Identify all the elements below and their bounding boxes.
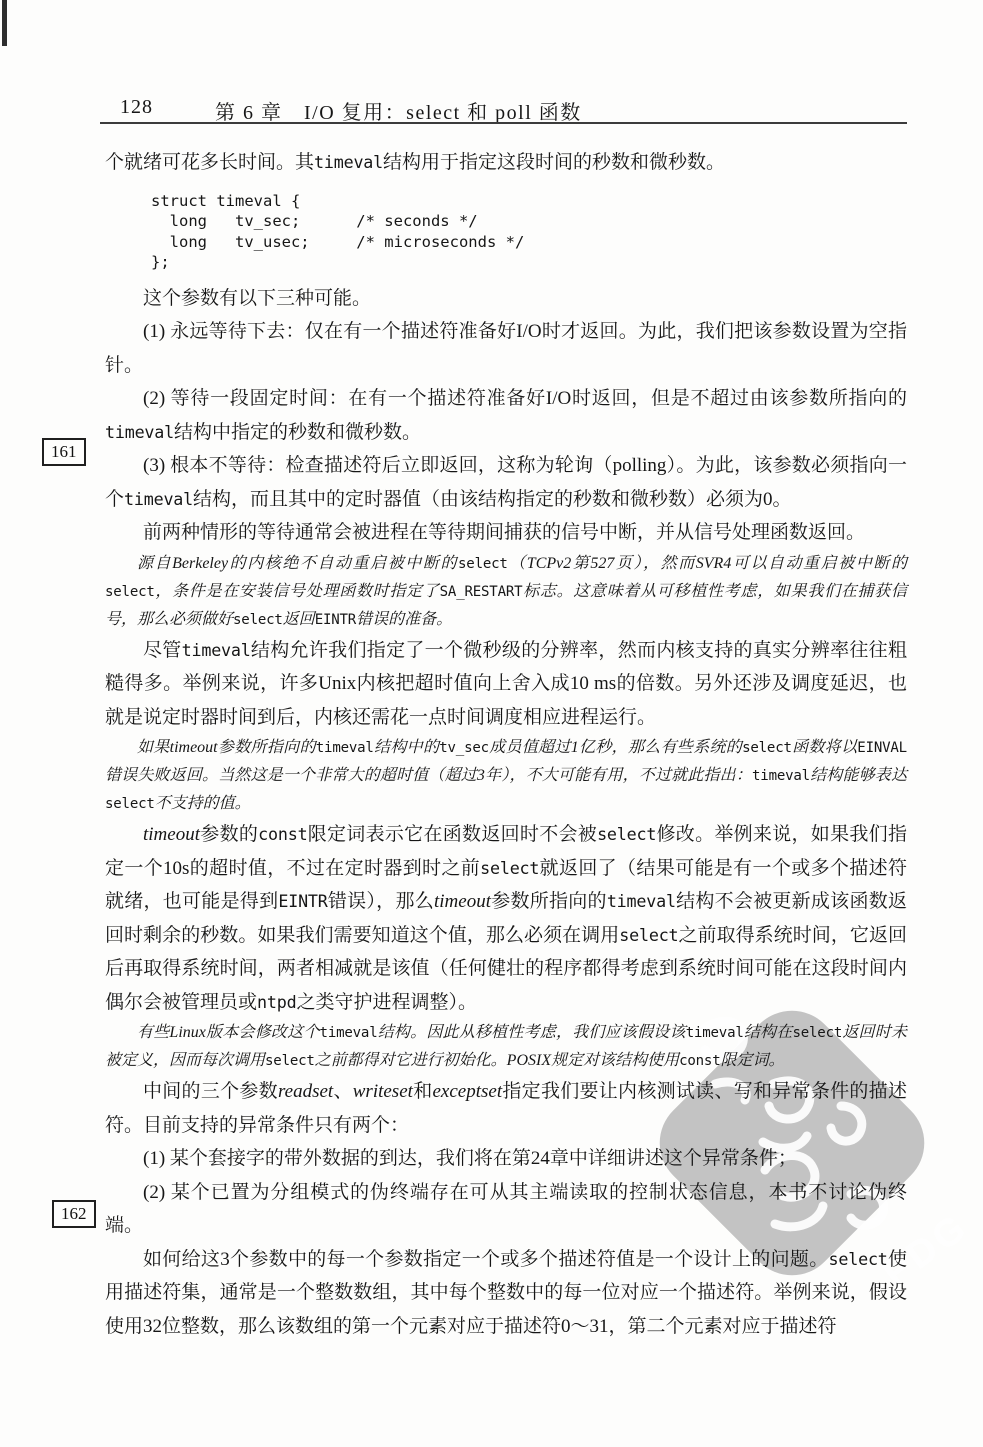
body-paragraph-exception-2: (2) 某个已置为分组模式的伪终端存在可从其主端读取的控制状态信息，本书不讨论伪…: [105, 1176, 907, 1243]
inline-code-term: timeval: [105, 422, 174, 442]
inline-code-term: timeval: [314, 152, 383, 172]
text-run: 如果: [137, 739, 170, 756]
text-run: 参数所指向的: [218, 739, 316, 756]
body-paragraph-exception-1: (1) 某个套接字的带外数据的到达，我们将在第24章中详细讲述这个异常条件；: [105, 1142, 907, 1176]
text-run: ，条件是在安装信号处理函数时指定了: [155, 583, 440, 600]
code-line: long tv_sec; /* seconds */: [151, 211, 907, 232]
inline-code-term: tv_sec: [439, 740, 489, 756]
body-paragraph-middle-args: 中间的三个参数readset、writeset和exceptset指定我们要让内…: [105, 1075, 907, 1142]
margin-page-marker-161: 161: [42, 438, 86, 466]
inline-code-term: EINTR: [315, 612, 356, 628]
inline-code-term: timeval: [316, 740, 374, 756]
body-paragraph-resolution: 尽管timeval结构允许我们指定了一个微秒级的分辨率，然而内核支持的真实分辨率…: [105, 634, 907, 735]
chapter-header-title: 第 6 章 I/O 复用：select 和 poll 函数: [215, 96, 582, 125]
page-number: 128: [120, 96, 153, 119]
inline-code-term: EINTR: [278, 891, 327, 911]
text-run: 结构用于指定这段时间的秒数和微秒数。: [383, 152, 725, 173]
text-run: 参数的: [200, 824, 258, 845]
body-paragraph-descriptor-sets: 如何给这3个参数中的每一个参数指定一个或多个描述符值是一个设计上的问题。sele…: [105, 1243, 907, 1344]
text-run: 前两种情形的等待通常会被进程在等待期间捕获的信号中断，并从信号处理函数返回。: [143, 522, 865, 543]
body-paragraph-three-possibilities: 这个参数有以下三种可能。: [105, 282, 907, 316]
text-run: 结构在: [744, 1024, 793, 1041]
text-run: 、: [333, 1081, 353, 1102]
text-run: (1) 某个套接字的带外数据的到达，我们将在第24章中详细讲述这个异常条件；: [143, 1148, 797, 1169]
body-paragraph-timeval-intro: 个就绪可花多长时间。其timeval结构用于指定这段时间的秒数和微秒数。: [105, 146, 907, 180]
inline-code-term: timeval: [752, 768, 810, 784]
inline-code-term: select: [742, 740, 792, 756]
text-run: 限定词表示它在函数返回时不会被: [307, 824, 597, 845]
text-run: 尽管: [143, 640, 182, 661]
text-run: 结构中指定的秒数和微秒数。: [174, 422, 421, 443]
text-run: 结构中的: [374, 739, 440, 756]
text-run: 限定词。: [721, 1052, 785, 1069]
inline-code-term: select: [480, 858, 539, 878]
body-paragraph-signal-interrupt: 前两种情形的等待通常会被进程在等待期间捕获的信号中断，并从信号处理函数返回。: [105, 516, 907, 550]
text-run: 错误的准备。: [356, 611, 452, 628]
inline-variable-name: writeset: [353, 1081, 413, 1102]
header-rule: [100, 122, 907, 124]
fine-print-note-einval: 如果timeout参数所指向的timeval结构中的tv_sec成员值超过1亿秒…: [105, 734, 907, 818]
inline-variable-name: readset: [278, 1081, 333, 1102]
inline-code-term: const: [258, 824, 307, 844]
body-paragraph-item-1: (1) 永远等待下去：仅在有一个描述符准备好I/O时才返回。为此，我们把该参数设…: [105, 315, 907, 382]
text-run: 结构。因此从移植性考虑，我们应该假设该: [377, 1024, 685, 1041]
body-paragraph-item-3: (3) 根本不等待：检查描述符后立即返回，这称为轮询（polling）。为此，该…: [105, 449, 907, 516]
inline-code-term: timeval: [320, 1025, 378, 1041]
inline-code-term: select: [597, 824, 656, 844]
text-run: 错误失败返回。当然这是一个非常大的超时值（超过3年），不大可能有用，不过就此指出…: [105, 767, 752, 784]
inline-code-term: select: [105, 584, 155, 600]
text-run: 不支持的值。: [155, 795, 251, 812]
text-run: 和: [413, 1081, 433, 1102]
inline-code-term: select: [105, 796, 155, 812]
inline-code-term: timeval: [182, 640, 251, 660]
inline-code-term: timeval: [124, 489, 193, 509]
code-line: struct timeval {: [151, 191, 907, 212]
inline-code-term: ntpd: [257, 992, 296, 1012]
inline-code-term: select: [458, 556, 508, 572]
scan-artifact: [2, 0, 7, 46]
text-run: 返回: [283, 611, 315, 628]
inline-code-term: const: [679, 1053, 720, 1069]
text-run: 有些Linux版本会修改这个: [137, 1024, 320, 1041]
text-run: 之前都得对它进行初始化。POSIX规定对该结构使用: [315, 1052, 679, 1069]
inline-code-term: timeval: [686, 1025, 744, 1041]
body-paragraph-item-2: (2) 等待一段固定时间：在有一个描述符准备好I/O时返回，但是不超过由该参数所…: [105, 382, 907, 449]
margin-page-marker-162: 162: [52, 1200, 96, 1228]
inline-code-term: EINVAL: [857, 740, 907, 756]
text-run: 之类守护进程调整）。: [296, 992, 477, 1013]
text-run: 参数所指向的: [491, 891, 607, 912]
content-flow: 个就绪可花多长时间。其timeval结构用于指定这段时间的秒数和微秒数。stru…: [105, 146, 907, 1343]
inline-code-term: select: [792, 1025, 842, 1041]
inline-code-term: select: [233, 612, 283, 628]
fine-print-note-linux: 有些Linux版本会修改这个timeval结构。因此从移植性考虑，我们应该假设该…: [105, 1019, 907, 1075]
text-run: 个就绪可花多长时间。其: [105, 152, 314, 173]
text-run: 结构，而且其中的定时器值（由该结构指定的秒数和微秒数）必须为0。: [193, 489, 792, 510]
inline-code-term: select: [619, 925, 678, 945]
inline-variable-name: timeout: [143, 824, 200, 845]
inline-code-term: select: [265, 1053, 315, 1069]
text-run: (1) 永远等待下去：仅在有一个描述符准备好I/O时才返回。为此，我们把该参数设…: [105, 321, 907, 376]
inline-variable-name: timeout: [170, 739, 218, 756]
book-page: 128 第 6 章 I/O 复用：select 和 poll 函数 161 16…: [0, 0, 983, 1447]
body-paragraph-const-timeout: timeout参数的const限定词表示它在函数返回时不会被select修改。举…: [105, 818, 907, 1019]
text-run: (2) 某个已置为分组模式的伪终端存在可从其主端读取的控制状态信息，本书不讨论伪…: [105, 1182, 907, 1237]
code-block-struct-timeval: struct timeval { long tv_sec; /* seconds…: [151, 191, 907, 273]
text-run: 成员值超过1亿秒，那么有些系统的: [489, 739, 742, 756]
text-run: 如何给这3个参数中的每一个参数指定一个或多个描述符值是一个设计上的问题。: [143, 1249, 829, 1270]
inline-variable-name: exceptset: [432, 1081, 502, 1102]
code-line: long tv_usec; /* microseconds */: [151, 232, 907, 253]
fine-print-note-berkeley: 源自Berkeley的内核绝不自动重启被中断的select（TCPv2第527页…: [105, 550, 907, 634]
inline-code-term: timeval: [607, 891, 676, 911]
text-run: 错误），那么: [328, 891, 434, 912]
inline-variable-name: timeout: [434, 891, 491, 912]
text-run: 中间的三个参数: [143, 1081, 278, 1102]
text-run: (2) 等待一段固定时间：在有一个描述符准备好I/O时返回，但是不超过由该参数所…: [143, 388, 907, 409]
inline-code-term: select: [829, 1249, 888, 1269]
text-run: 结构能够表达: [810, 767, 907, 784]
text-run: 源自Berkeley的内核绝不自动重启被中断的: [137, 555, 458, 572]
text-run: 函数将以: [792, 739, 858, 756]
inline-code-term: SA_RESTART: [440, 584, 523, 600]
text-run: （TCPv2第527页），然而SVR4可以自动重启被中断的: [508, 555, 907, 572]
text-run: 这个参数有以下三种可能。: [143, 288, 371, 309]
code-line: };: [151, 252, 907, 273]
